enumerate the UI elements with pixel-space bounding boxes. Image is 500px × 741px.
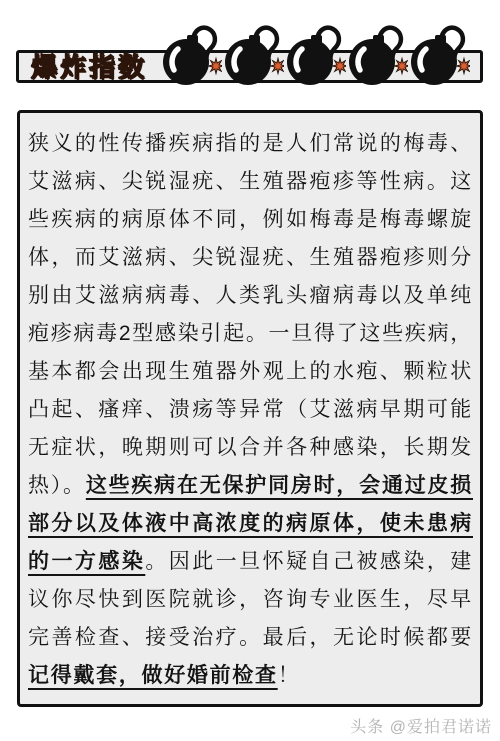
spark-icon — [271, 59, 285, 74]
explosion-index-label: 爆炸指数 — [31, 54, 147, 80]
spark-icon — [457, 59, 471, 74]
bomb-rating-row — [160, 20, 470, 90]
article-panel: 狭义的性传播疾病指的是人们常说的梅毒、艾滋病、尖锐湿疣、生殖器疱疹等性病。这些疾… — [17, 110, 483, 707]
bomb-icon — [408, 20, 470, 90]
article-segment: 狭义的性传播疾病指的是人们常说的梅毒、艾滋病、尖锐湿疣、生殖器疱疹等性病。这些疾… — [28, 132, 473, 497]
watermark: 头条 @爱拍君诺诺 — [350, 714, 492, 737]
article-text: 狭义的性传播疾病指的是人们常说的梅毒、艾滋病、尖锐湿疣、生殖器疱疹等性病。这些疾… — [28, 125, 473, 695]
article-segment: ！ — [278, 664, 301, 687]
bomb-icon — [160, 20, 222, 90]
article-emphasis-segment: 记得戴套，做好婚前检查 — [28, 664, 278, 687]
bomb-icon — [284, 20, 346, 90]
bomb-icon — [222, 20, 284, 90]
spark-icon — [333, 59, 347, 74]
spark-icon — [209, 59, 223, 74]
spark-icon — [395, 59, 409, 74]
bomb-icon — [346, 20, 408, 90]
